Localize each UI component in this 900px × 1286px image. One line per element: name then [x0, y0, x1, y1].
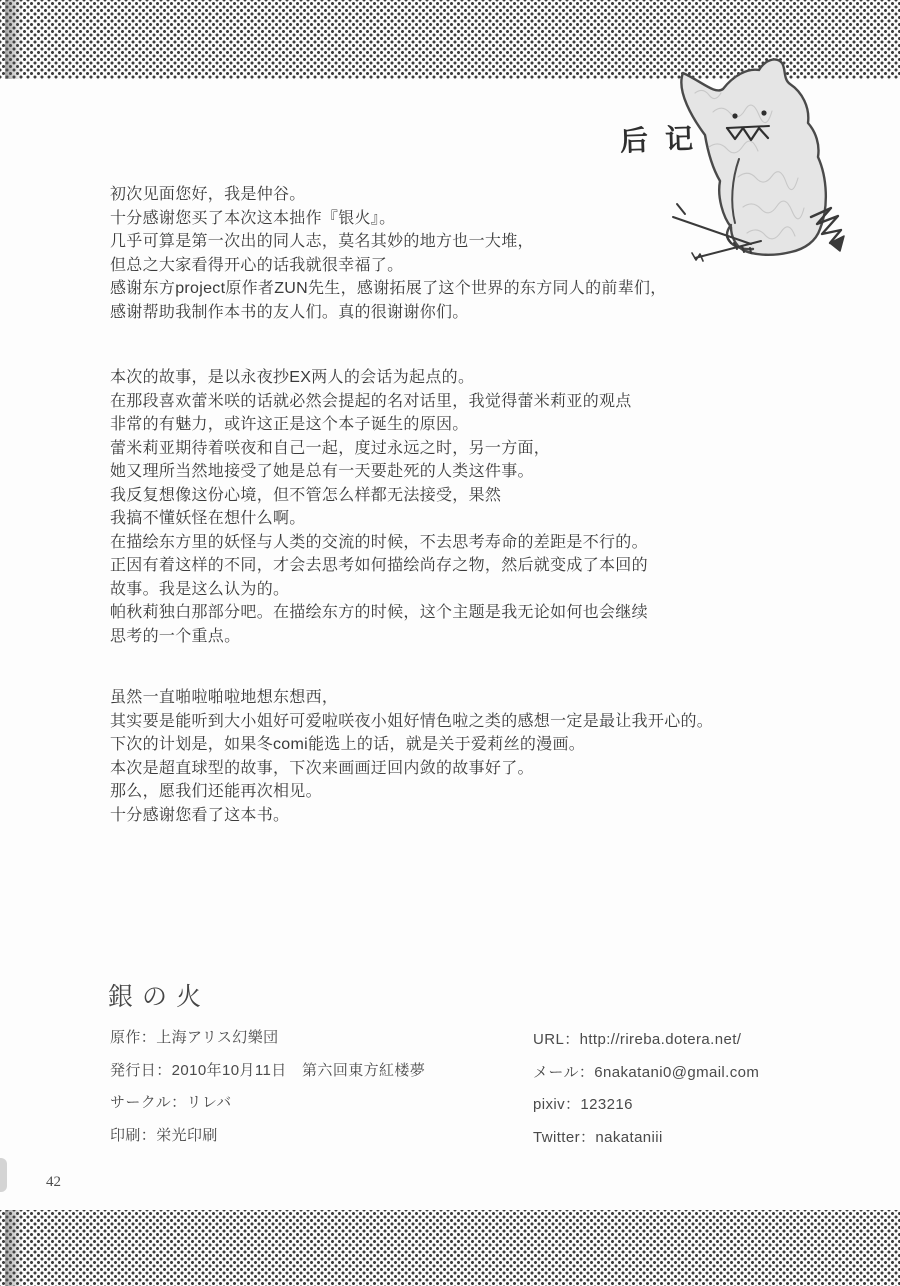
colophon-circle: サークル：リレバ	[110, 1087, 425, 1120]
scan-shadow-left	[5, 0, 22, 79]
colophon-pixiv: pixiv：123216	[533, 1089, 759, 1122]
scanned-afterword-page: 后记	[0, 0, 900, 1286]
colophon-email: メール：6nakatani0@gmail.com	[533, 1057, 759, 1090]
paragraph-closing: 虽然一直啪啦啪啦地想东想西， 其实要是能听到大小姐好可爱啦咲夜小姐好情色啦之类的…	[110, 686, 800, 827]
colophon-publish-date: 発行日：2010年10月11日 第六回東方紅楼夢	[110, 1055, 425, 1088]
page-number: 42	[46, 1174, 61, 1191]
colophon-right-column: URL：http://rireba.dotera.net/ メール：6nakat…	[533, 1024, 759, 1154]
paragraph-story-notes: 本次的故事，是以永夜抄EX两人的会话为起点的。 在那段喜欢蕾米咲的话就必然会提起…	[110, 366, 800, 648]
scan-shadow-left	[5, 1210, 22, 1286]
colophon-twitter: Twitter：nakataniii	[533, 1122, 759, 1155]
colophon-printer: 印刷：栄光印刷	[110, 1120, 425, 1153]
paragraph-greeting: 初次见面您好，我是仲谷。 十分感谢您买了本次这本拙作『银火』。 几乎可算是第一次…	[110, 183, 800, 324]
scan-smudge	[0, 1158, 7, 1192]
colophon-original-work: 原作：上海アリス幻樂団	[110, 1022, 425, 1055]
book-title: 銀の火	[108, 977, 210, 1013]
colophon-left-column: 原作：上海アリス幻樂団 発行日：2010年10月11日 第六回東方紅楼夢 サーク…	[110, 1022, 425, 1152]
bottom-halftone-border	[0, 1210, 900, 1286]
colophon-url: URL：http://rireba.dotera.net/	[533, 1024, 759, 1057]
